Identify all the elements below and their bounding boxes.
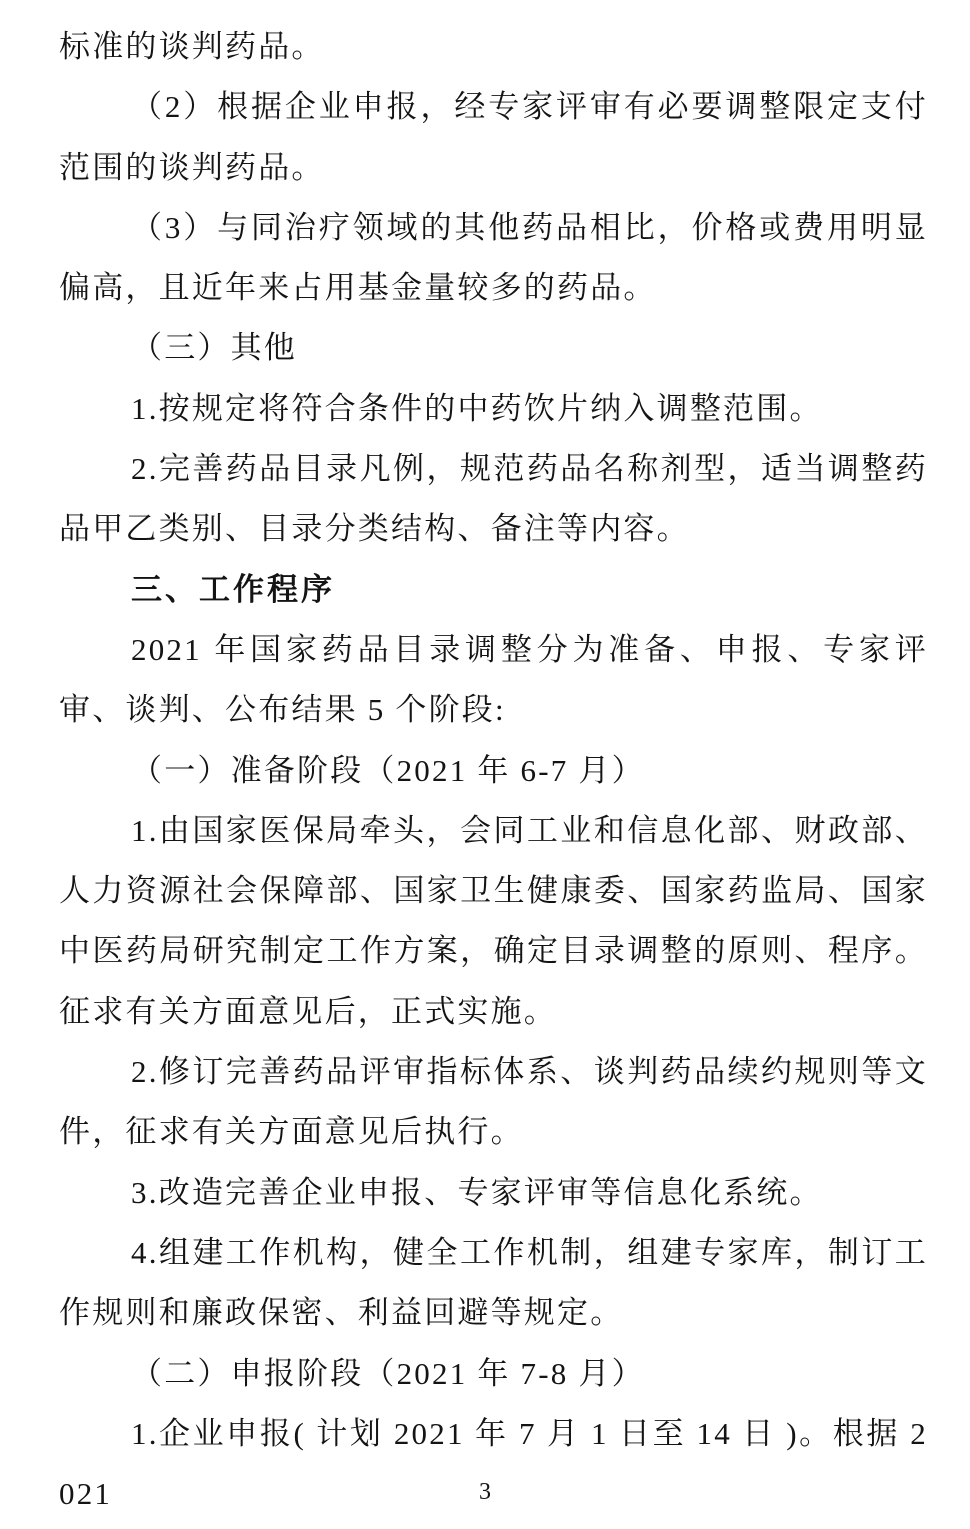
paragraph: 标准的谈判药品。 (59, 17, 928, 77)
paragraph: 2021 年国家药品目录调整分为准备、申报、专家评审、谈判、公布结果 5 个阶段… (59, 620, 928, 741)
subsection-heading: （二）申报阶段（2021 年 7-8 月） (59, 1344, 928, 1404)
paragraph: 3.改造完善企业申报、专家评审等信息化系统。 (59, 1163, 928, 1223)
document-content: 标准的谈判药品。（2）根据企业申报，经专家评审有必要调整限定支付范围的谈判药品。… (59, 17, 928, 1524)
paragraph: （2）根据企业申报，经专家评审有必要调整限定支付范围的谈判药品。 (59, 77, 928, 198)
document-page: 标准的谈判药品。（2）根据企业申报，经专家评审有必要调整限定支付范围的谈判药品。… (0, 0, 970, 1529)
subsection-heading: （三）其他 (59, 318, 928, 378)
paragraph: 1.按规定将符合条件的中药饮片纳入调整范围。 (59, 379, 928, 439)
subsection-heading: （一）准备阶段（2021 年 6-7 月） (59, 741, 928, 801)
paragraph: 2.完善药品目录凡例，规范药品名称剂型，适当调整药品甲乙类别、目录分类结构、备注… (59, 439, 928, 560)
paragraph: （3）与同治疗领域的其他药品相比，价格或费用明显偏高，且近年来占用基金量较多的药… (59, 198, 928, 319)
section-heading: 三、工作程序 (59, 560, 928, 620)
paragraph: 1.由国家医保局牵头，会同工业和信息化部、财政部、人力资源社会保障部、国家卫生健… (59, 801, 928, 1042)
paragraph: 2.修订完善药品评审指标体系、谈判药品续约规则等文件，征求有关方面意见后执行。 (59, 1042, 928, 1163)
paragraph: 4.组建工作机构，健全工作机制，组建专家库，制订工作规则和廉政保密、利益回避等规… (59, 1223, 928, 1344)
page-number: 3 (0, 1477, 970, 1507)
